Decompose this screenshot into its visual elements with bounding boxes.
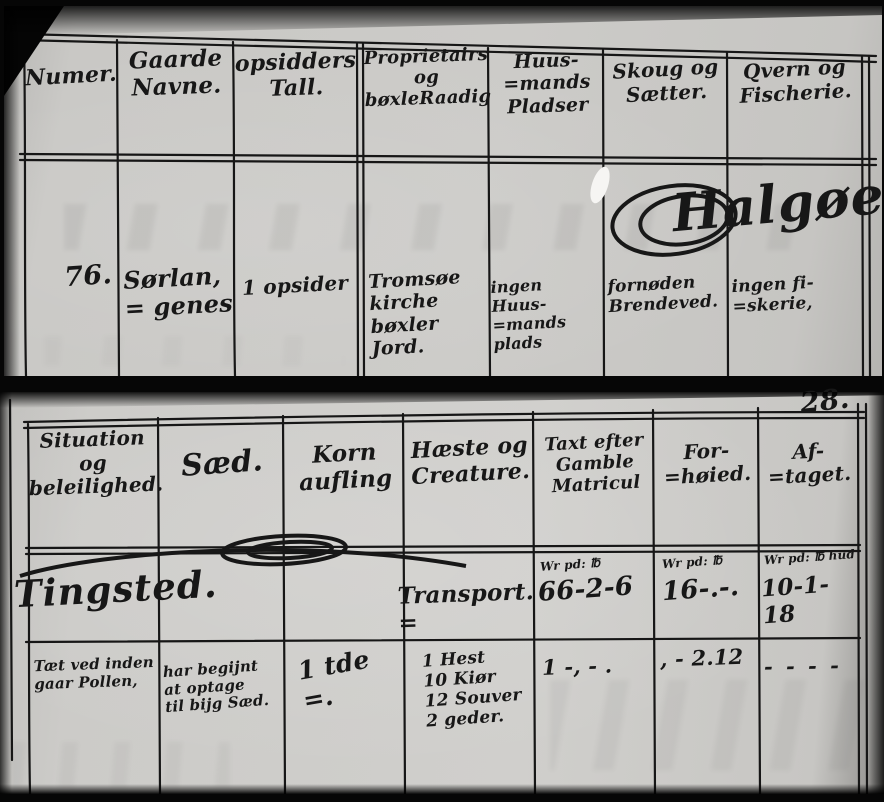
taxt-value: 66-2-6 bbox=[537, 570, 651, 608]
aftaget-unit: Wr pd: ℔ hud bbox=[764, 547, 861, 568]
top-scan-panel: Numer. Gaarde Navne. opsidders Tall. Pro… bbox=[4, 6, 882, 376]
bottom-header-situation: Situation og beleilighed. bbox=[27, 426, 159, 501]
transport-label: Transport. = bbox=[397, 577, 559, 637]
bottom-header-taxt: Taxt efter Gamble Matricul bbox=[534, 429, 655, 499]
cell-proprietair: Tromsøe kirche bøxler Jord. bbox=[368, 265, 491, 361]
scan-edge-right bbox=[868, 392, 884, 794]
cell-korn-aufling: 1 tde =. bbox=[296, 640, 405, 715]
tingsted-label: Tingsted. bbox=[13, 563, 219, 617]
cell-forhoied: , - 2.12 bbox=[660, 644, 757, 672]
bottom-header-saed: Sæd. bbox=[159, 442, 285, 486]
scan-edge-left bbox=[0, 392, 12, 794]
top-header-huusmands-pladser: Huus- =mands Pladser bbox=[489, 48, 605, 119]
cell-creature: 1 Hest 10 Kiør 12 Souver 2 geder. bbox=[421, 644, 534, 732]
forhoied-value: 16-.-. bbox=[661, 571, 755, 608]
cell-opsiddere: 1 opsider bbox=[241, 271, 356, 301]
bottom-header-korn-aufling: Korn aufling bbox=[285, 437, 406, 497]
page-number: 28. bbox=[798, 382, 851, 420]
scanned-ledger-page: Numer. Gaarde Navne. opsidders Tall. Pro… bbox=[0, 0, 884, 802]
bottom-scan-panel: 28. Situation og beleilighed. Sæd. Korn … bbox=[0, 392, 884, 794]
bottom-header-haeste-creature: Hæste og Creature. bbox=[405, 433, 536, 492]
top-header-qvern-fischerie: Qvern og Fischerie. bbox=[727, 55, 863, 109]
top-header-proprietairs: Proprietairs og bøxleRaadig bbox=[363, 44, 490, 112]
cell-taxt: 1 -, - . bbox=[542, 652, 651, 681]
bleed-through-marks bbox=[10, 742, 230, 788]
scan-edge-top bbox=[4, 6, 882, 36]
top-header-skoug-saetter: Skoug og Sætter. bbox=[603, 55, 729, 109]
cell-saed: har begijnt at optage til bijg Sæd. bbox=[162, 656, 283, 717]
cell-gaard-navn: Sørlan, = genes bbox=[123, 261, 236, 323]
top-header-gaarde-navne: Gaarde Navne. bbox=[117, 44, 235, 102]
cell-situation: Tæt ved inden gaar Pollen, bbox=[33, 654, 160, 694]
top-header-opsidders-tall: opsidders Tall. bbox=[233, 48, 359, 104]
cell-aftaget: - - - - bbox=[764, 653, 860, 679]
scan-edge-top bbox=[0, 392, 884, 408]
aftaget-value: 10-1-18 bbox=[760, 569, 864, 630]
bottom-header-aftaget: Af- =taget. bbox=[759, 437, 859, 489]
bottom-header-forhoied: For- =høied. bbox=[655, 437, 759, 489]
bleed-through-marks bbox=[550, 680, 870, 770]
forhoied-unit: Wr pd: ℔ bbox=[662, 551, 755, 572]
cell-numer: 76. bbox=[23, 259, 113, 297]
bleed-through-marks bbox=[44, 336, 344, 366]
scan-edge-bottom bbox=[0, 784, 884, 794]
cell-huusmands: ingen Huus- =mands plads bbox=[490, 273, 606, 354]
top-header-numer: Numer. bbox=[23, 62, 118, 93]
cell-skoug: fornøden Brendeved. bbox=[607, 271, 727, 317]
cell-qvern: ingen fi- =skerie, bbox=[731, 271, 853, 317]
